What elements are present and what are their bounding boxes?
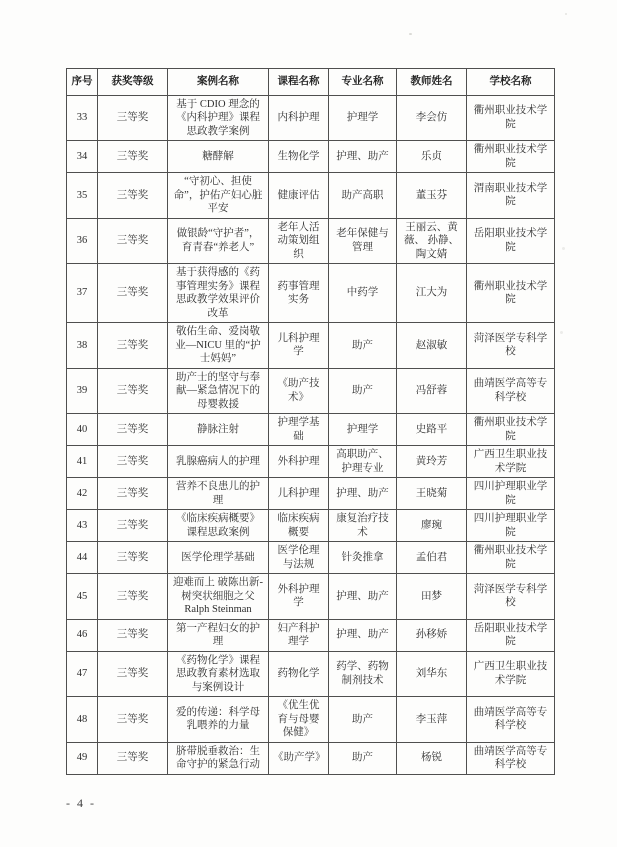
page-number: - 4 - bbox=[66, 796, 96, 811]
cell-course-name: 医学伦理与法规 bbox=[269, 542, 329, 574]
cell-school-name: 菏泽医学专科学校 bbox=[467, 323, 555, 369]
cell-serial-number: 44 bbox=[67, 542, 98, 574]
cell-major-name: 中药学 bbox=[329, 264, 397, 323]
cell-teacher-name: 乐贞 bbox=[397, 141, 467, 173]
cell-award-level: 三等奖 bbox=[98, 510, 168, 542]
column-header-course: 课程名称 bbox=[269, 69, 329, 96]
scan-artifact bbox=[409, 33, 412, 35]
cell-teacher-name: 廖琬 bbox=[397, 510, 467, 542]
cell-course-name: 药事管理实务 bbox=[269, 264, 329, 323]
cell-award-level: 三等奖 bbox=[98, 95, 168, 141]
cell-course-name: 临床疾病概要 bbox=[269, 510, 329, 542]
cell-award-level: 三等奖 bbox=[98, 218, 168, 264]
cell-serial-number: 45 bbox=[67, 574, 98, 620]
cell-course-name: 健康评估 bbox=[269, 173, 329, 219]
column-header-case_name: 案例名称 bbox=[168, 69, 269, 96]
cell-school-name: 四川护理职业学院 bbox=[467, 510, 555, 542]
cell-course-name: 妇产科护理学 bbox=[269, 619, 329, 651]
cell-teacher-name: 董玉芬 bbox=[397, 173, 467, 219]
cell-major-name: 康复治疗技术 bbox=[329, 510, 397, 542]
cell-case-name: 敬佑生命、爱岗敬业—NICU 里的“护士妈妈” bbox=[168, 323, 269, 369]
cell-serial-number: 39 bbox=[67, 368, 98, 414]
scan-artifact bbox=[560, 331, 563, 334]
cell-serial-number: 48 bbox=[67, 697, 98, 743]
cell-serial-number: 33 bbox=[67, 95, 98, 141]
table-row: 44三等奖医学伦理学基础医学伦理与法规针灸推拿孟伯君衢州职业技术学院 bbox=[67, 542, 555, 574]
cell-course-name: 儿科护理 bbox=[269, 478, 329, 510]
cell-major-name: 护理学 bbox=[329, 95, 397, 141]
table-row: 39三等奖助产士的坚守与奉献—紧急情况下的母婴救援《助产技术》助产冯舒蓉曲靖医学… bbox=[67, 368, 555, 414]
table-row: 46三等奖第一产程妇女的护理妇产科护理学护理、助产孙移娇岳阳职业技术学院 bbox=[67, 619, 555, 651]
cell-case-name: 基于获得感的《药事管理实务》课程思政教学效果评价改革 bbox=[168, 264, 269, 323]
cell-major-name: 老年保健与管理 bbox=[329, 218, 397, 264]
cell-teacher-name: 王晓菊 bbox=[397, 478, 467, 510]
cell-major-name: 护理、助产 bbox=[329, 141, 397, 173]
cell-serial-number: 37 bbox=[67, 264, 98, 323]
table-row: 38三等奖敬佑生命、爱岗敬业—NICU 里的“护士妈妈”儿科护理学助产赵淑敏菏泽… bbox=[67, 323, 555, 369]
cell-serial-number: 42 bbox=[67, 478, 98, 510]
cell-course-name: 生物化学 bbox=[269, 141, 329, 173]
cell-teacher-name: 田梦 bbox=[397, 574, 467, 620]
cell-case-name: 基于 CDIO 理念的《内科护理》课程思政教学案例 bbox=[168, 95, 269, 141]
cell-course-name: 外科护理 bbox=[269, 446, 329, 478]
cell-serial-number: 49 bbox=[67, 742, 98, 774]
cell-major-name: 护理、助产 bbox=[329, 574, 397, 620]
cell-serial-number: 34 bbox=[67, 141, 98, 173]
cell-award-level: 三等奖 bbox=[98, 742, 168, 774]
cell-serial-number: 35 bbox=[67, 173, 98, 219]
cell-award-level: 三等奖 bbox=[98, 368, 168, 414]
column-header-school: 学校名称 bbox=[467, 69, 555, 96]
cell-case-name: 静脉注射 bbox=[168, 414, 269, 446]
cell-case-name: 脐带脱垂救治：生命守护的紧急行动 bbox=[168, 742, 269, 774]
cell-course-name: 《助产学》 bbox=[269, 742, 329, 774]
cell-teacher-name: 孟伯君 bbox=[397, 542, 467, 574]
cell-school-name: 衢州职业技术学院 bbox=[467, 414, 555, 446]
cell-school-name: 衢州职业技术学院 bbox=[467, 95, 555, 141]
table-row: 43三等奖《临床疾病概要》课程思政案例临床疾病概要康复治疗技术廖琬四川护理职业学… bbox=[67, 510, 555, 542]
cell-serial-number: 47 bbox=[67, 651, 98, 697]
cell-major-name: 助产高职 bbox=[329, 173, 397, 219]
table-row: 35三等奖“守初心、担使命”，护佑产妇心脏平安健康评估助产高职董玉芬渭南职业技术… bbox=[67, 173, 555, 219]
cell-award-level: 三等奖 bbox=[98, 542, 168, 574]
scan-artifact bbox=[565, 13, 567, 15]
cell-major-name: 护理、助产 bbox=[329, 619, 397, 651]
award-cases-table: 序号获奖等级案例名称课程名称专业名称教师姓名学校名称 33三等奖基于 CDIO … bbox=[66, 68, 555, 775]
cell-award-level: 三等奖 bbox=[98, 574, 168, 620]
cell-course-name: 儿科护理学 bbox=[269, 323, 329, 369]
scanned-document-page: 序号获奖等级案例名称课程名称专业名称教师姓名学校名称 33三等奖基于 CDIO … bbox=[0, 0, 617, 847]
table-body: 33三等奖基于 CDIO 理念的《内科护理》课程思政教学案例内科护理护理学李会仿… bbox=[67, 95, 555, 774]
table-row: 36三等奖做银龄“守护者”，育青春“养老人”老年人活动策划组织老年保健与管理王丽… bbox=[67, 218, 555, 264]
cell-case-name: 乳腺癌病人的护理 bbox=[168, 446, 269, 478]
cell-course-name: 护理学基础 bbox=[269, 414, 329, 446]
column-header-major: 专业名称 bbox=[329, 69, 397, 96]
cell-major-name: 助产 bbox=[329, 742, 397, 774]
table-row: 45三等奖迎难而上 破陈出新-树突状细胞之父 Ralph Steinman外科护… bbox=[67, 574, 555, 620]
cell-award-level: 三等奖 bbox=[98, 264, 168, 323]
cell-course-name: 外科护理学 bbox=[269, 574, 329, 620]
table-row: 48三等奖爱的传递：科学母乳喂养的力量《优生优育与母婴保健》助产李玉萍曲靖医学高… bbox=[67, 697, 555, 743]
table-row: 41三等奖乳腺癌病人的护理外科护理高职助产、护理专业黄玲芳广西卫生职业技术学院 bbox=[67, 446, 555, 478]
cell-case-name: 做银龄“守护者”，育青春“养老人” bbox=[168, 218, 269, 264]
column-header-teacher: 教师姓名 bbox=[397, 69, 467, 96]
table-row: 37三等奖基于获得感的《药事管理实务》课程思政教学效果评价改革药事管理实务中药学… bbox=[67, 264, 555, 323]
cell-award-level: 三等奖 bbox=[98, 323, 168, 369]
cell-teacher-name: 刘华东 bbox=[397, 651, 467, 697]
cell-school-name: 曲靖医学高等专科学校 bbox=[467, 742, 555, 774]
cell-major-name: 药学、药物制剂技术 bbox=[329, 651, 397, 697]
cell-case-name: 糖酵解 bbox=[168, 141, 269, 173]
cell-course-name: 药物化学 bbox=[269, 651, 329, 697]
cell-school-name: 广西卫生职业技术学院 bbox=[467, 651, 555, 697]
cell-major-name: 助产 bbox=[329, 323, 397, 369]
cell-case-name: 《药物化学》课程思政教育素材选取与案例设计 bbox=[168, 651, 269, 697]
cell-teacher-name: 赵淑敏 bbox=[397, 323, 467, 369]
cell-serial-number: 40 bbox=[67, 414, 98, 446]
cell-award-level: 三等奖 bbox=[98, 478, 168, 510]
cell-major-name: 助产 bbox=[329, 697, 397, 743]
cell-teacher-name: 王丽云、黄薇、 孙静、陶文婧 bbox=[397, 218, 467, 264]
cell-teacher-name: 黄玲芳 bbox=[397, 446, 467, 478]
column-header-no: 序号 bbox=[67, 69, 98, 96]
cell-award-level: 三等奖 bbox=[98, 697, 168, 743]
cell-case-name: 爱的传递：科学母乳喂养的力量 bbox=[168, 697, 269, 743]
cell-course-name: 内科护理 bbox=[269, 95, 329, 141]
cell-course-name: 《优生优育与母婴保健》 bbox=[269, 697, 329, 743]
cell-course-name: 《助产技术》 bbox=[269, 368, 329, 414]
table-row: 34三等奖糖酵解生物化学护理、助产乐贞衢州职业技术学院 bbox=[67, 141, 555, 173]
cell-major-name: 助产 bbox=[329, 368, 397, 414]
cell-course-name: 老年人活动策划组织 bbox=[269, 218, 329, 264]
cell-case-name: 医学伦理学基础 bbox=[168, 542, 269, 574]
table-row: 33三等奖基于 CDIO 理念的《内科护理》课程思政教学案例内科护理护理学李会仿… bbox=[67, 95, 555, 141]
cell-school-name: 衢州职业技术学院 bbox=[467, 542, 555, 574]
scan-artifact bbox=[562, 247, 565, 250]
cell-serial-number: 41 bbox=[67, 446, 98, 478]
cell-teacher-name: 李会仿 bbox=[397, 95, 467, 141]
cell-school-name: 菏泽医学专科学校 bbox=[467, 574, 555, 620]
cell-teacher-name: 江大为 bbox=[397, 264, 467, 323]
cell-teacher-name: 史路平 bbox=[397, 414, 467, 446]
table-row: 47三等奖《药物化学》课程思政教育素材选取与案例设计药物化学药学、药物制剂技术刘… bbox=[67, 651, 555, 697]
cell-case-name: 《临床疾病概要》课程思政案例 bbox=[168, 510, 269, 542]
cell-case-name: 营养不良患儿的护理 bbox=[168, 478, 269, 510]
cell-award-level: 三等奖 bbox=[98, 173, 168, 219]
cell-school-name: 四川护理职业学院 bbox=[467, 478, 555, 510]
cell-major-name: 护理学 bbox=[329, 414, 397, 446]
table-row: 42三等奖营养不良患儿的护理儿科护理护理、助产王晓菊四川护理职业学院 bbox=[67, 478, 555, 510]
cell-award-level: 三等奖 bbox=[98, 141, 168, 173]
cell-school-name: 衢州职业技术学院 bbox=[467, 264, 555, 323]
cell-award-level: 三等奖 bbox=[98, 651, 168, 697]
cell-serial-number: 36 bbox=[67, 218, 98, 264]
cell-school-name: 岳阳职业技术学院 bbox=[467, 619, 555, 651]
cell-school-name: 衢州职业技术学院 bbox=[467, 141, 555, 173]
cell-major-name: 针灸推拿 bbox=[329, 542, 397, 574]
cell-serial-number: 46 bbox=[67, 619, 98, 651]
cell-case-name: “守初心、担使命”，护佑产妇心脏平安 bbox=[168, 173, 269, 219]
cell-major-name: 高职助产、护理专业 bbox=[329, 446, 397, 478]
cell-award-level: 三等奖 bbox=[98, 446, 168, 478]
cell-case-name: 迎难而上 破陈出新-树突状细胞之父 Ralph Steinman bbox=[168, 574, 269, 620]
column-header-award: 获奖等级 bbox=[98, 69, 168, 96]
table-header-row: 序号获奖等级案例名称课程名称专业名称教师姓名学校名称 bbox=[67, 69, 555, 96]
cell-award-level: 三等奖 bbox=[98, 414, 168, 446]
cell-major-name: 护理、助产 bbox=[329, 478, 397, 510]
cell-case-name: 助产士的坚守与奉献—紧急情况下的母婴救援 bbox=[168, 368, 269, 414]
cell-school-name: 曲靖医学高等专科学校 bbox=[467, 368, 555, 414]
cell-school-name: 广西卫生职业技术学院 bbox=[467, 446, 555, 478]
cell-teacher-name: 李玉萍 bbox=[397, 697, 467, 743]
cell-school-name: 曲靖医学高等专科学校 bbox=[467, 697, 555, 743]
cell-teacher-name: 冯舒蓉 bbox=[397, 368, 467, 414]
cell-school-name: 渭南职业技术学院 bbox=[467, 173, 555, 219]
cell-serial-number: 43 bbox=[67, 510, 98, 542]
cell-school-name: 岳阳职业技术学院 bbox=[467, 218, 555, 264]
table-row: 40三等奖静脉注射护理学基础护理学史路平衢州职业技术学院 bbox=[67, 414, 555, 446]
cell-award-level: 三等奖 bbox=[98, 619, 168, 651]
cell-teacher-name: 孙移娇 bbox=[397, 619, 467, 651]
cell-teacher-name: 杨锐 bbox=[397, 742, 467, 774]
cell-case-name: 第一产程妇女的护理 bbox=[168, 619, 269, 651]
table-row: 49三等奖脐带脱垂救治：生命守护的紧急行动《助产学》助产杨锐曲靖医学高等专科学校 bbox=[67, 742, 555, 774]
cell-serial-number: 38 bbox=[67, 323, 98, 369]
